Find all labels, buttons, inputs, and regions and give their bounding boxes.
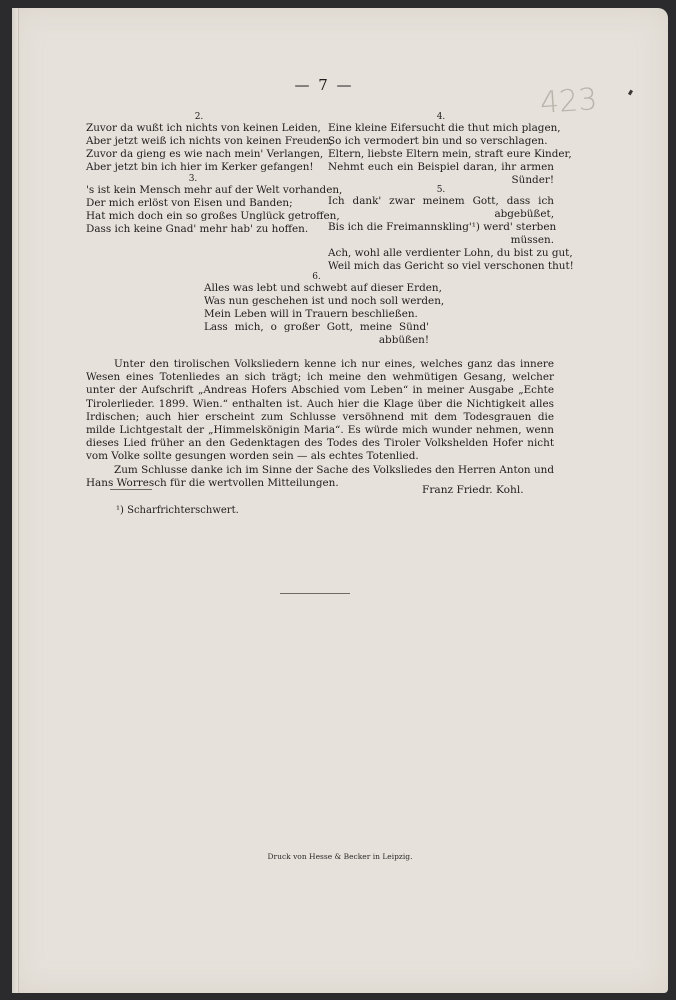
verse-line: Zuvor da wußt ich nichts von keinen Leid… xyxy=(86,122,312,135)
verse-line: Lass mich, o großer Gott, meine Sünd' xyxy=(204,321,429,334)
verse-line: abbüßen! xyxy=(204,334,429,347)
verse-line: Aber jetzt weiß ich nichts von keinen Fr… xyxy=(86,135,312,148)
verse-line: Hat mich doch ein so großes Unglück getr… xyxy=(86,210,300,223)
verse-line: Zuvor da gieng es wie nach mein' Verlang… xyxy=(86,148,312,161)
book-page: — 7 — 423 2. Zuvor da wußt ich nichts vo… xyxy=(12,8,668,993)
verse-line: müssen. xyxy=(328,234,554,247)
verse-line: Nehmt euch ein Beispiel daran, ihr armen xyxy=(328,161,554,174)
stanza-number: 6. xyxy=(204,272,429,282)
stanza-3: 3. 's ist kein Mensch mehr auf der Welt … xyxy=(86,174,300,236)
printer-imprint: Druck von Hesse & Becker in Leipzig. xyxy=(12,852,668,861)
stanza-2: 2. Zuvor da wußt ich nichts von keinen L… xyxy=(86,112,312,174)
stanza-4: 4. Eine kleine Eifersucht die thut mich … xyxy=(328,112,554,187)
verse-line: Eine kleine Eifersucht die thut mich pla… xyxy=(328,122,554,135)
stanza-number: 2. xyxy=(86,112,312,122)
verse-line: 's ist kein Mensch mehr auf der Welt vor… xyxy=(86,184,300,197)
stanza-number: 5. xyxy=(328,185,554,195)
page-number: — 7 — xyxy=(274,76,374,94)
end-rule xyxy=(280,593,350,594)
commentary-text: Unter den tirolischen Volksliedern kenne… xyxy=(86,358,554,490)
verse-line: Dass ich keine Gnad' mehr hab' zu hoffen… xyxy=(86,223,300,236)
stanza-number: 3. xyxy=(86,174,300,184)
verse-line: Bis ich die Freimannskling'¹) werd' ster… xyxy=(328,221,554,234)
stanza-number: 4. xyxy=(328,112,554,122)
verse-line: Eltern, liebste Eltern mein, straft eure… xyxy=(328,148,554,161)
ink-speck xyxy=(628,90,633,96)
verse-line: So ich vermodert bin und so verschlagen. xyxy=(328,135,554,148)
verse-line: Ich dank' zwar meinem Gott, dass ich xyxy=(328,195,554,208)
stanza-6: 6. Alles was lebt und schwebt auf dieser… xyxy=(204,272,429,347)
verse-line: Alles was lebt und schwebt auf dieser Er… xyxy=(204,282,429,295)
commentary-paragraph: Unter den tirolischen Volksliedern kenne… xyxy=(86,358,554,464)
footnote-rule xyxy=(110,489,152,490)
verse-line: Mein Leben will in Trauern beschließen. xyxy=(204,308,429,321)
verse-line: Ach, wohl alle verdienter Lohn, du bist … xyxy=(328,247,554,260)
verse-line: Aber jetzt bin ich hier im Kerker gefang… xyxy=(86,161,312,174)
author-signature: Franz Friedr. Kohl. xyxy=(422,484,524,496)
verse-line: abgebüßet, xyxy=(328,208,554,221)
footnote: ¹) Scharfrichterschwert. xyxy=(116,505,239,516)
page-binding-edge xyxy=(12,8,19,993)
stanza-5: 5. Ich dank' zwar meinem Gott, dass ich … xyxy=(328,185,554,273)
verse-line: Was nun geschehen ist und noch soll werd… xyxy=(204,295,429,308)
verse-line: Der mich erlöst von Eisen und Banden; xyxy=(86,197,300,210)
